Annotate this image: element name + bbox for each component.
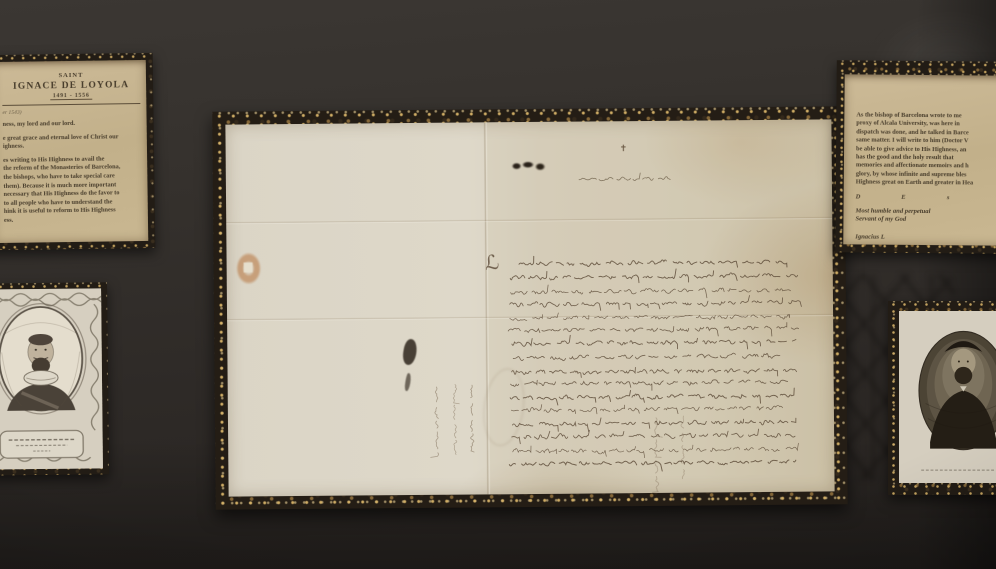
archive-ink-stamp — [510, 158, 548, 174]
letter-display: ✝ ℒ — [212, 106, 847, 510]
left-portrait-paper — [0, 288, 103, 469]
ink-cross-mark: ✝ — [620, 143, 628, 154]
initial-letter: D — [856, 193, 900, 200]
placard-rule — [2, 103, 140, 106]
placard-body-line: ighness. — [3, 141, 141, 152]
right-placard-paper: As the bishop of Barcelona wrote to me p… — [843, 74, 996, 245]
right-placard: As the bishop of Barcelona wrote to me p… — [835, 60, 996, 254]
letter-heading-script — [568, 167, 690, 190]
initial-letter: s — [947, 194, 991, 201]
placard-subtitle-fragment: er 1543) — [2, 108, 140, 116]
ink-blot — [401, 338, 418, 366]
wax-seal-mark — [234, 250, 262, 286]
placard-signature: Ignacius L — [855, 233, 996, 241]
placard-body: ness, my lord and our lord. e great grac… — [3, 119, 142, 225]
initial-letter: E — [901, 193, 945, 200]
portrait-caption-cartouche — [0, 430, 83, 458]
placard-signoff: Most humble and perpetual Servant of my … — [855, 207, 996, 226]
placard-body: As the bishop of Barcelona wrote to me p… — [856, 111, 996, 188]
left-placard: SAINT IGNACE DE LOYOLA 1491 - 1556 er 15… — [0, 53, 155, 250]
left-portrait — [0, 282, 109, 475]
faint-show-through-script — [627, 408, 698, 497]
placard-body-line: Highness great on Earth and greater in H… — [856, 179, 996, 189]
address-script-rotated — [398, 376, 487, 469]
left-portrait-engraving — [0, 288, 103, 469]
placard-title: IGNACE DE LOYOLA — [2, 80, 140, 92]
placard-initials-row: D E s — [856, 193, 996, 201]
right-portrait-paper — [899, 311, 996, 483]
right-portrait — [888, 301, 996, 495]
placard-body-line: ness, my lord and our lord. — [3, 119, 141, 130]
placard-dates: 1491 - 1556 — [2, 92, 140, 100]
right-portrait-engraving — [899, 311, 996, 483]
ruff-collar — [24, 370, 58, 385]
letter-paper: ✝ ℒ — [225, 119, 834, 496]
left-placard-paper: SAINT IGNACE DE LOYOLA 1491 - 1556 er 15… — [0, 60, 148, 243]
placard-header-small: SAINT — [2, 71, 140, 80]
museum-display-photo: SAINT IGNACE DE LOYOLA 1491 - 1556 er 15… — [0, 0, 996, 569]
portrait-beard — [955, 367, 973, 384]
